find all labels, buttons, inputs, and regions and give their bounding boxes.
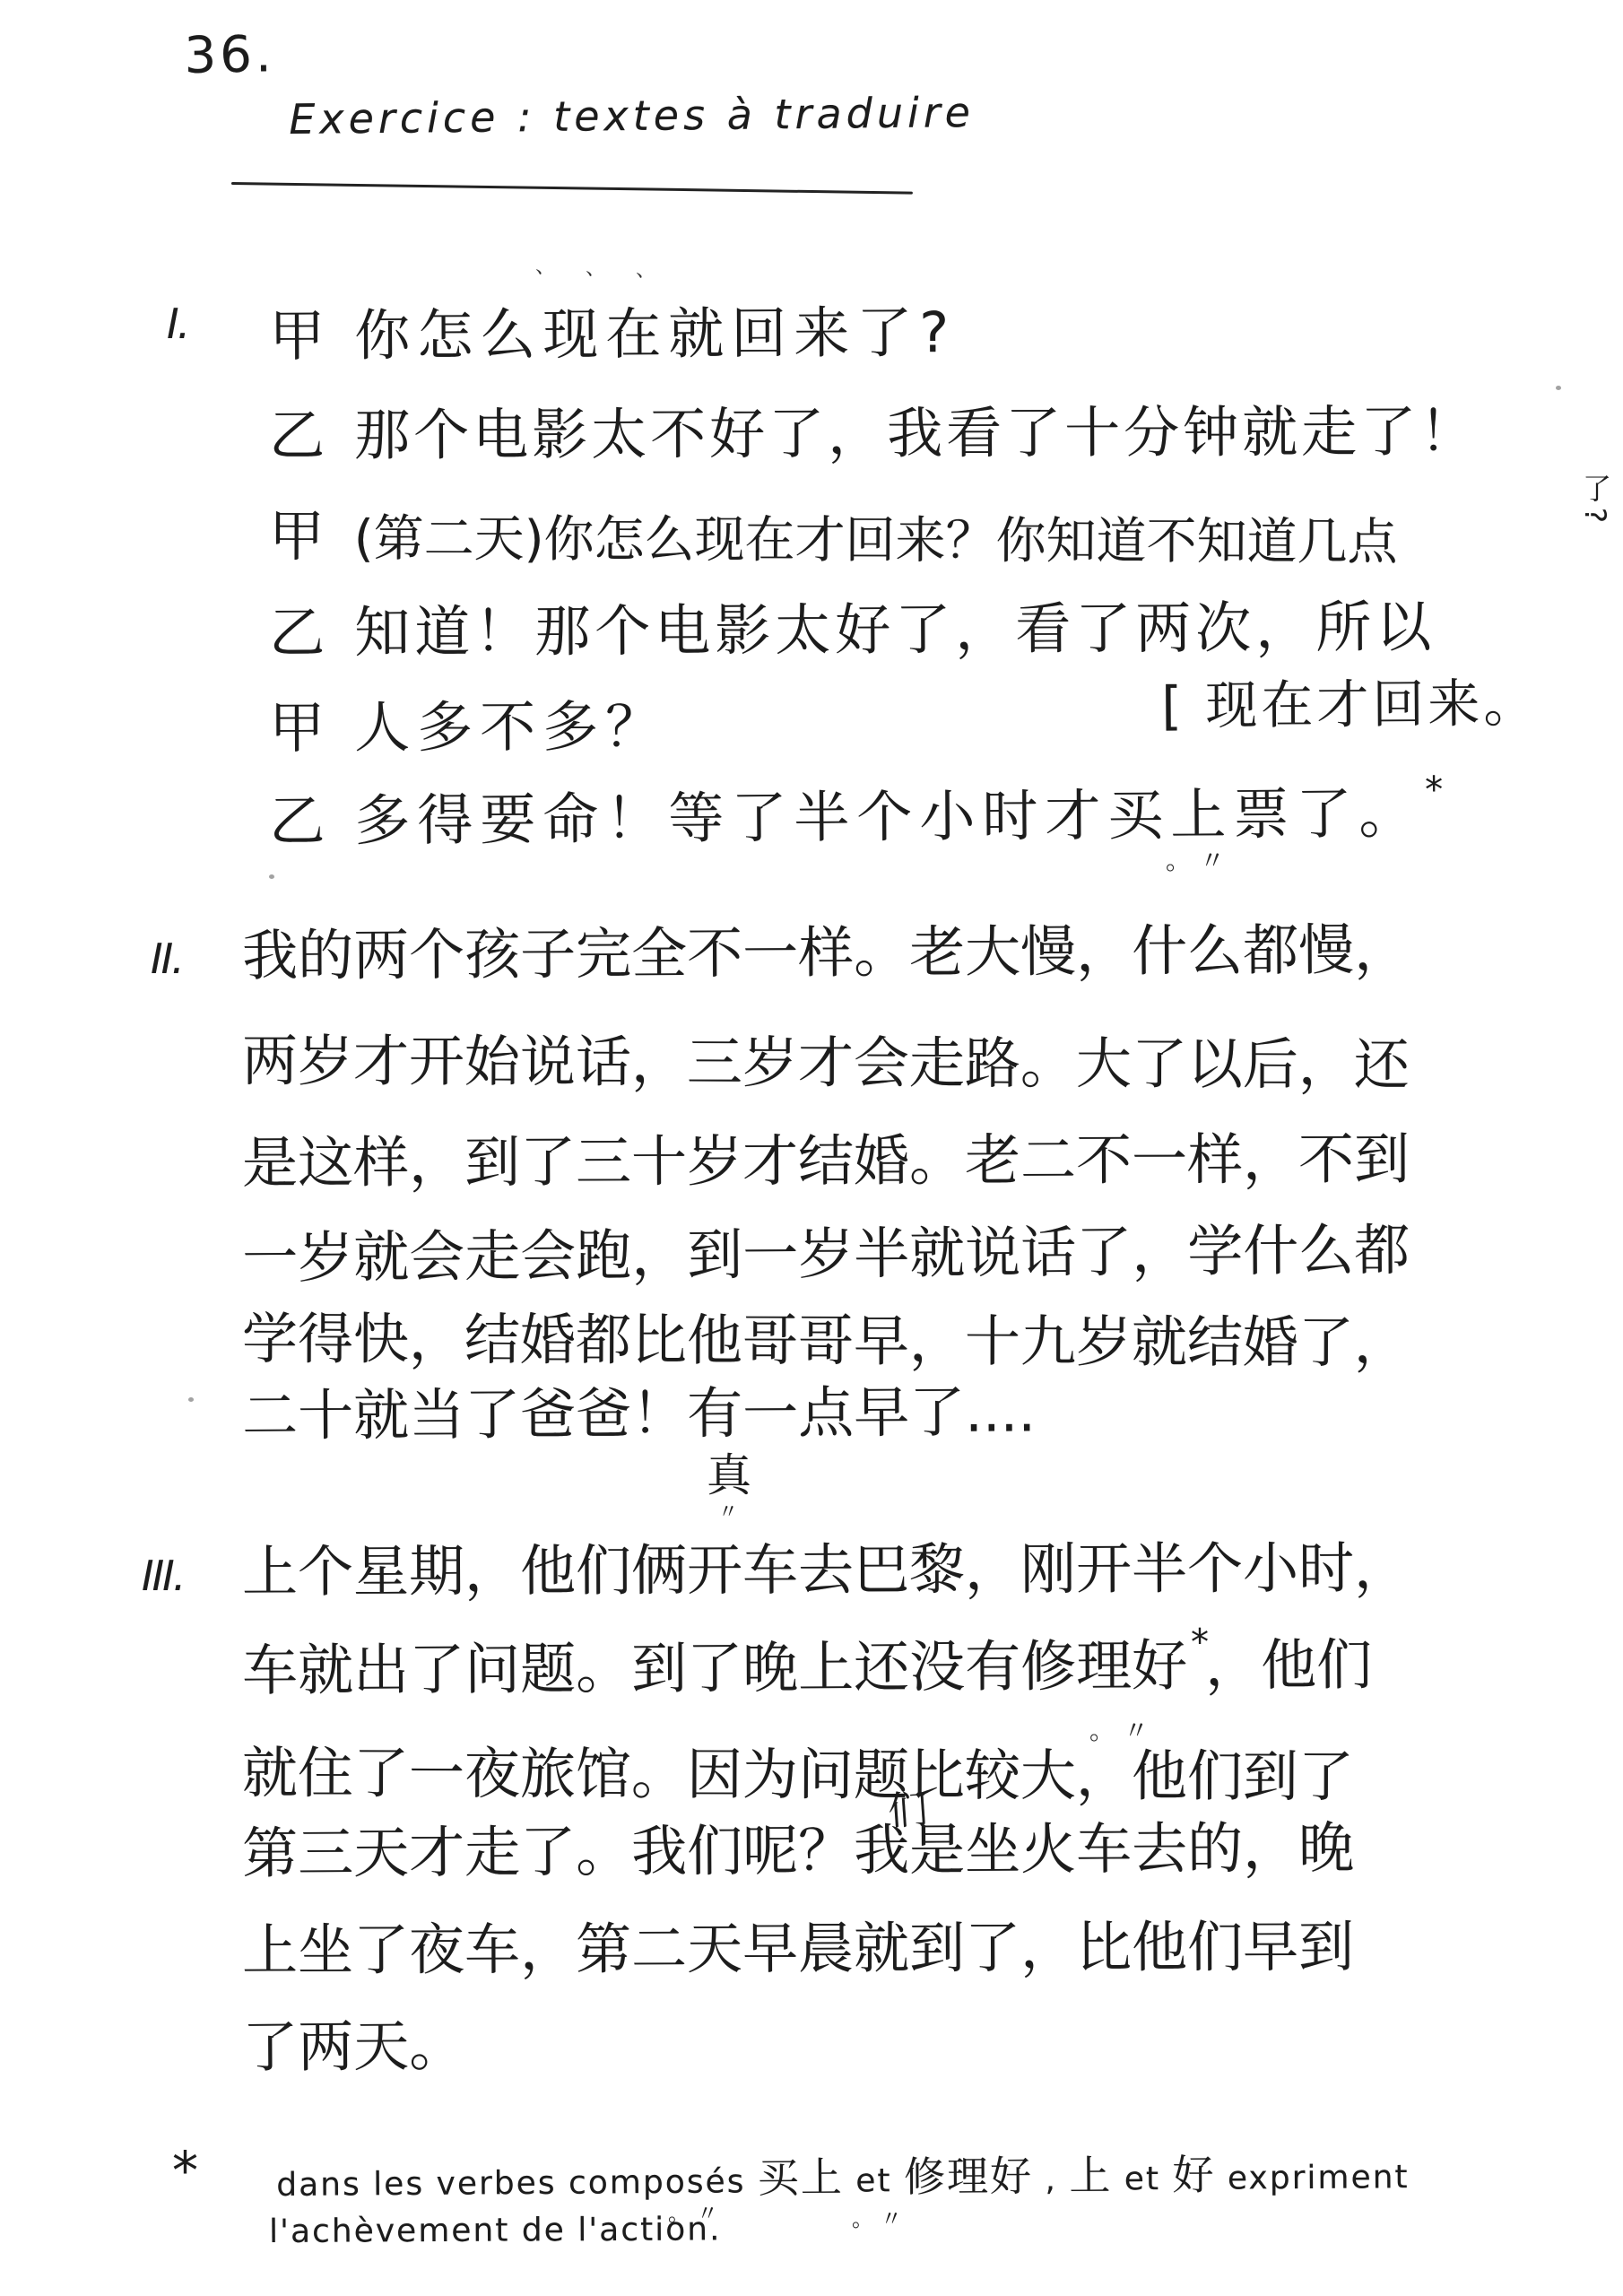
paragraph-line: 上坐了夜车，第二天早晨就到了，比他们早到 [242, 1919, 1354, 1979]
paragraph-line: 二十就当了爸爸！有一点早了.... [242, 1384, 1036, 1444]
footnote-cjk: 买上 [758, 2153, 844, 2203]
line-text: 那个电影太不好了，我看了十分钟就走了！ [354, 398, 1479, 467]
speaker-label: 乙 [269, 776, 355, 857]
insertion-annotation: 真 〃 [707, 1453, 751, 1523]
line-text: 人多不多？ [354, 693, 668, 760]
footnote-cjk: 修理好 [904, 2152, 1033, 2201]
speaker-label: 甲 [269, 683, 354, 763]
line-text: 你怎么现在就回来了? [354, 300, 956, 369]
paragraph-line: 车就出了问题。到了晚上还没有修理好*，他们 [242, 1637, 1372, 1699]
paragraph-line: 两岁才开始说话，三岁才会走路。大了以后，还 [242, 1033, 1410, 1093]
line-text: ，他们 [1205, 1631, 1372, 1698]
page-title: Exercice : textes à traduire [289, 88, 975, 143]
footnote-line: dans les verbes composés 买上 et 修理好 , 上 e… [276, 2141, 1410, 2208]
emphasis-dots: 、、、 [535, 251, 697, 284]
footnote-cjk: 好 [1172, 2151, 1215, 2199]
paragraph-line: 我的两个孩子完全不一样。老大慢，什么都慢， [242, 922, 1410, 984]
tone-marks: 。〃 [1089, 1711, 1158, 1747]
page-number: 36. [184, 25, 275, 85]
asterisk-marker: * [1425, 770, 1443, 811]
line-text: 知道！那个电影太好了，看了两次，所以 [354, 594, 1436, 665]
paragraph-line: 上个星期，他们俩开车去巴黎，刚开半个小时， [242, 1540, 1410, 1600]
dialogue-line: 乙多得要命！等了半个小时才买上票了。* [269, 769, 1440, 857]
speaker-label: 甲 [269, 491, 354, 571]
scan-speck [269, 874, 274, 879]
title-underline [231, 182, 913, 195]
footnote-text: expriment [1215, 2159, 1409, 2197]
paragraph-line: 就住了一夜旅馆。因为问题比较大，他们到了 [242, 1745, 1354, 1805]
dialogue-line: 甲(第二天)你怎么现在才回来？你知道不知道几点 [269, 491, 1398, 575]
speaker-label: 甲 [269, 291, 354, 371]
dialogue-line: 甲人多不多？ [269, 682, 668, 763]
dialogue-line: 乙那个电影太不好了，我看了十分钟就走了！ [269, 387, 1479, 471]
footnote-text: et [1112, 2161, 1172, 2197]
line-text: (第二天)你怎么现在才回来？你知道不知道几点 [354, 509, 1398, 571]
section3-numeral: III. [142, 1552, 184, 1600]
continuation-inset: [ 现在才回来。 [1161, 661, 1540, 739]
section1-numeral: I. [167, 300, 188, 348]
section2-numeral: II. [151, 935, 183, 983]
dialogue-line: 甲你怎么现在就回来了? [269, 288, 956, 371]
paragraph-line: 了两天。 [242, 2018, 464, 2075]
tone-marks: 。〃 [1166, 841, 1234, 877]
scan-speck [1556, 386, 1561, 390]
asterisk-marker: * [1191, 1622, 1209, 1663]
line-text: 多得要命！等了半个小时才买上票了。 [354, 780, 1421, 853]
speaker-label: 乙 [269, 588, 354, 668]
footnote-asterisk: * [172, 2140, 198, 2201]
inserted-character: 真 [707, 1449, 751, 1501]
footnote-cjk: 上 [1069, 2151, 1112, 2199]
paragraph-line: 一岁就会走会跑，到一岁半就说话了，学什么都 [242, 1222, 1410, 1286]
line-text: 车就出了问题。到了晚上还没有修理好 [242, 1632, 1187, 1703]
speaker-label: 乙 [269, 391, 354, 471]
footnote-text: , [1033, 2161, 1070, 2198]
footnote-text: et [844, 2162, 904, 2199]
paragraph-line: 学得快，结婚都比他哥哥早，十九岁就结婚了， [242, 1311, 1410, 1371]
insertion-caret: 〃 [707, 1503, 751, 1523]
footnote-line: l'achèvement de l'action. [269, 2211, 722, 2250]
tone-marks: 。〃 [852, 2201, 909, 2232]
paragraph-line: 是这样，到了三十岁才结婚。老二不一样，不到 [242, 1131, 1410, 1191]
scan-speck [188, 1397, 194, 1402]
scanned-exercise-page: 36. Exercice : textes à traduire I. 、、、 … [0, 0, 1623, 2296]
paragraph-line: 第三天才走了。我们呢？我是坐火车去的，晚 [242, 1821, 1354, 1882]
dialogue-line: 乙知道！那个电影太好了，看了两次，所以 [269, 582, 1436, 668]
margin-overflow-text: 了? [1575, 474, 1616, 528]
